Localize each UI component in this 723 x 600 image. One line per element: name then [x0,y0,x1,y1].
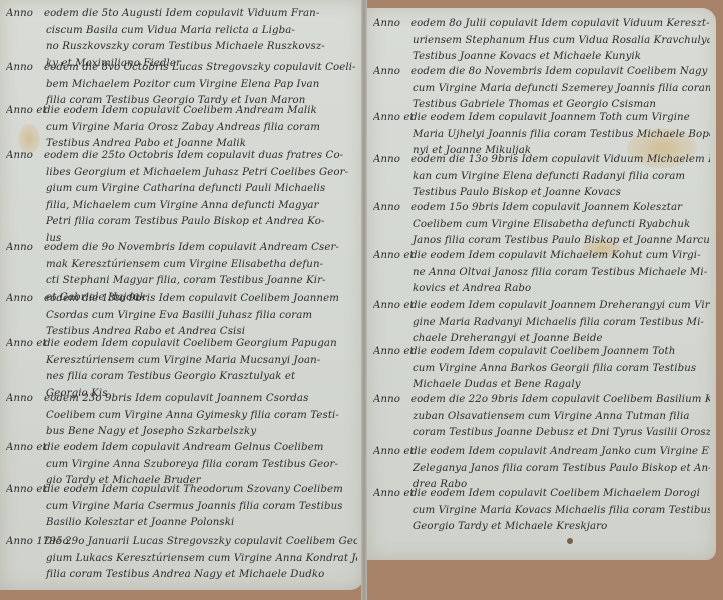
entry-line: Anno etdie eodem Idem copulavit Coelibem… [6,336,357,353]
entry-line: mak Keresztúriensem cum Virgine Elisabet… [6,257,357,274]
register-entry: Annoeodem 8o Julii copulavit Idem copula… [373,16,710,66]
register-entry: Annoeodem die 25to Octobris Idem copulav… [6,148,357,247]
entry-year-label: Anno et [373,248,411,265]
register-entry: Anno etdie eodem Idem copulavit Coelibem… [373,344,710,394]
right-page: Annoeodem 8o Julii copulavit Idem copula… [366,8,716,560]
entry-text: zuban Olsavatiensem cum Virgine Anna Tut… [413,411,690,422]
entry-line: Keresztúriensem cum Virgine Maria Mucsan… [6,353,357,370]
entry-line: uriensem Stephanum Hus cum Vidua Rosalia… [373,33,710,50]
entry-text: die eodem Idem copulavit Andream Janko c… [411,446,710,457]
entry-year-label: Anno et [373,298,411,315]
entry-text: die eodem Idem copulavit Coelibem Georgi… [44,338,337,349]
entry-line: Anno etdie eodem Idem copulavit Andream … [6,440,357,457]
entry-line: Coelibem cum Virgine Anna Gyimesky filia… [6,408,357,425]
entry-year-label: Anno [6,391,44,408]
entry-line: Anno etdie eodem Idem copulavit Coelibem… [373,344,710,361]
entry-text: bus Bene Nagy et Josepho Szkarbelszky [46,426,256,437]
entry-text: Janos filia coram Testibus Paulo Biskop … [413,235,710,246]
entry-line: Anno 1795oDie 29o Januarii Lucas Stregov… [6,534,357,551]
left-page-entries: Annoeodem die 5to Augusti Idem copulavit… [0,0,363,590]
entry-text: no Ruszkovszky coram Testibus Michaele R… [46,41,325,52]
entry-year-label: Anno et [6,336,44,353]
entry-line: Annoeodem die 25to Octobris Idem copulav… [6,148,357,165]
entry-line: Anno etdie eodem Idem copulavit Theodoru… [6,482,357,499]
entry-text: filia, Michaelem cum Virgine Anna defunc… [46,200,319,211]
entry-text: eodem 8o Julii copulavit Idem copulavit … [411,18,710,29]
entry-line: filia coram Testibus Andrea Nagy et Mich… [6,567,357,584]
entry-text: cum Virgine Maria defuncti Szemerey Joan… [413,83,710,94]
entry-year-label: Anno [373,16,411,33]
entry-text: Csordas cum Virgine Eva Basilii Juhasz f… [46,310,312,321]
entry-line: cum Virgine Maria Csermus Joannis filia … [6,499,357,516]
entry-text: Testibus Joanne Kovacs et Michaele Kunyi… [413,51,641,62]
right-page-entries: Annoeodem 8o Julii copulavit Idem copula… [367,8,716,560]
entry-text: bem Michaelem Pozitor cum Virgine Elena … [46,79,319,90]
entry-text: Die 29o Januarii Lucas Stregovszky copul… [44,536,357,547]
entry-text: Coelibem cum Virgine Elisabetha defuncti… [413,219,690,230]
entry-text: die eodem Idem copulavit Coelibem Michae… [411,488,700,499]
entry-line: Annoeodem die 13to 9bris Idem copulavit … [6,291,357,308]
entry-year-label: Anno [6,60,44,77]
entry-text: Petri filia coram Testibus Paulo Biskop … [46,216,325,227]
register-entry: Anno 1795oDie 29o Januarii Lucas Stregov… [6,534,357,584]
entry-line: ne Anna Oltvai Janosz filia coram Testib… [373,265,710,282]
register-entry: Annoeodem 15o 9bris Idem copulavit Joann… [373,200,710,250]
entry-line: Anno etdie eodem Idem copulavit Joannem … [373,298,710,315]
entry-line: gium cum Virgine Catharina defuncti Paul… [6,181,357,198]
register-entry: Annoeodem die 8o Novembris Idem copulavi… [373,64,710,114]
entry-text: libes Georgium et Michaelem Juhasz Petri… [46,167,348,178]
entry-text: die eodem Idem copulavit Coelibem Andrea… [44,105,317,116]
entry-line: cum Virgine Maria defuncti Szemerey Joan… [373,81,710,98]
entry-text: coram Testibus Joanne Debusz et Dni Tyru… [413,427,710,438]
entry-line: Zeleganya Janos filia coram Testibus Pau… [373,461,710,478]
entry-text: die eodem Idem copulavit Coelibem Joanne… [411,346,675,357]
register-entry: Anno etdie eodem Idem copulavit Joannem … [373,298,710,348]
register-entry: Anno etdie eodem Idem copulavit Coelibem… [6,103,357,153]
entry-year-label: Anno et [373,444,411,461]
entry-line: bem Michaelem Pozitor cum Virgine Elena … [6,77,357,94]
entry-line: Annoeodem 23o 9bris Idem copulavit Joann… [6,391,357,408]
entry-line: Annoeodem die 22o 9bris Idem copulavit C… [373,392,710,409]
entry-text: Georgio Tardy et Michaele Kreskjaro [413,521,607,532]
left-page: Annoeodem die 5to Augusti Idem copulavit… [0,0,364,590]
entry-year-label: Anno [6,148,44,165]
entry-line: Coelibem cum Virgine Elisabetha defuncti… [373,217,710,234]
entry-line: kan cum Virgine Elena defuncti Radanyi f… [373,169,710,186]
entry-line: kovics et Andrea Rabo [373,281,710,298]
entry-text: cum Virgine Anna Szuboreya filia coram T… [46,459,338,470]
entry-text: gium Lukacs Keresztúriensem cum Virgine … [46,553,357,564]
entry-year-label: Anno et [373,110,411,127]
entry-line: Annoeodem die 5to Augusti Idem copulavit… [6,6,357,23]
entry-line: libes Georgium et Michaelem Juhasz Petri… [6,165,357,182]
entry-line: filia, Michaelem cum Virgine Anna defunc… [6,198,357,215]
entry-line: Anno etdie eodem Idem copulavit Coelibem… [6,103,357,120]
entry-year-label: Anno et [6,103,44,120]
entry-line: Annoeodem die 13o 9bris Idem copulavit V… [373,152,710,169]
entry-text: eodem die 13to 9bris Idem copulavit Coel… [44,293,339,304]
entry-year-label: Anno et [373,486,411,503]
register-entry: Annoeodem die 13o 9bris Idem copulavit V… [373,152,710,202]
entry-year-label: Anno et [373,344,411,361]
register-entry: Annoeodem die 22o 9bris Idem copulavit C… [373,392,710,442]
entry-text: Testibus Paulo Biskop et Joanne Kovacs [413,187,621,198]
entry-line: no Ruszkovszky coram Testibus Michaele R… [6,39,357,56]
entry-line: Annoeodem die 9o Novembris Idem copulavi… [6,240,357,257]
entry-text: cti Stephani Magyar filia, coram Testibu… [46,275,326,286]
entry-text: Michaele Dudas et Bene Ragaly [413,379,581,390]
entry-text: uriensem Stephanum Hus cum Vidua Rosalia… [413,35,710,46]
entry-year-label: Anno [6,291,44,308]
entry-line: cum Virgine Anna Barkos Georgii filia co… [373,361,710,378]
entry-text: die eodem Idem copulavit Andream Gelnus … [44,442,324,453]
entry-line: Georgio Tardy et Michaele Kreskjaro [373,519,710,536]
entry-text: filia coram Testibus Andrea Nagy et Mich… [46,569,324,580]
entry-text: eodem die 9o Novembris Idem copulavit An… [44,242,339,253]
entry-line: coram Testibus Joanne Debusz et Dni Tyru… [373,425,710,442]
entry-text: eodem die 5to Augusti Idem copulavit Vid… [44,8,319,19]
entry-text: die eodem Idem copulavit Joannem Drehera… [411,300,710,311]
entry-year-label: Anno et [6,440,44,457]
register-entry: Anno etdie eodem Idem copulavit Michaele… [373,248,710,298]
entry-text: ciscum Basila cum Vidua Maria relicta a … [46,25,295,36]
entry-line: Anno etdie eodem Idem copulavit Coelibem… [373,486,710,503]
entry-text: eodem die 22o 9bris Idem copulavit Coeli… [411,394,710,405]
entry-text: eodem die 8o Novembris Idem copulavit Co… [411,66,710,77]
entry-line: bus Bene Nagy et Josepho Szkarbelszky [6,424,357,441]
entry-text: die eodem Idem copulavit Michaelem Kohut… [411,250,701,261]
open-register-book: Annoeodem die 5to Augusti Idem copulavit… [0,0,723,600]
entry-line: Maria Ujhelyi Joannis filia coram Testib… [373,127,710,144]
entry-text: cum Virgine Maria Kovacs Michaelis filia… [413,505,710,516]
entry-text: Coelibem cum Virgine Anna Gyimesky filia… [46,410,339,421]
entry-text: eodem die 13o 9bris Idem copulavit Viduu… [411,154,710,165]
entry-text: Keresztúriensem cum Virgine Maria Mucsan… [46,355,320,366]
entry-text: Zeleganya Janos filia coram Testibus Pau… [413,463,710,474]
entry-text: eodem die 8vo Octobris Lucas Stregovszky… [44,62,356,73]
register-entry: Anno etdie eodem Idem copulavit Theodoru… [6,482,357,532]
register-entry: Anno etdie eodem Idem copulavit Coelibem… [373,486,710,536]
entry-line: Annoeodem 8o Julii copulavit Idem copula… [373,16,710,33]
entry-line: ciscum Basila cum Vidua Maria relicta a … [6,23,357,40]
entry-line: zuban Olsavatiensem cum Virgine Anna Tut… [373,409,710,426]
entry-line: Annoeodem die 8o Novembris Idem copulavi… [373,64,710,81]
entry-year-label: Anno [373,152,411,169]
entry-text: nes filia coram Testibus Georgio Krasztu… [46,371,295,382]
entry-line: cum Virgine Maria Orosz Zabay Andreas fi… [6,120,357,137]
entry-text: Maria Ujhelyi Joannis filia coram Testib… [413,129,710,140]
entry-line: Annoeodem 15o 9bris Idem copulavit Joann… [373,200,710,217]
register-entry: Annoeodem die 13to 9bris Idem copulavit … [6,291,357,341]
entry-year-label: Anno 1795o [6,534,44,551]
entry-text: Testibus Gabriele Thomas et Georgio Csis… [413,99,656,110]
entry-text: chaele Dreherangyi et Joanne Beide [413,333,603,344]
entry-line: Annoeodem die 8vo Octobris Lucas Stregov… [6,60,357,77]
entry-text: eodem 15o 9bris Idem copulavit Joannem K… [411,202,682,213]
entry-line: gine Maria Radvanyi Michaelis filia cora… [373,315,710,332]
entry-line: gium Lukacs Keresztúriensem cum Virgine … [6,551,357,568]
entry-line: cum Virgine Anna Szuboreya filia coram T… [6,457,357,474]
entry-year-label: Anno et [6,482,44,499]
entry-year-label: Anno [6,6,44,23]
entry-line: Anno etdie eodem Idem copulavit Michaele… [373,248,710,265]
entry-text: mak Keresztúriensem cum Virgine Elisabet… [46,259,323,270]
entry-text: eodem die 25to Octobris Idem copulavit d… [44,150,343,161]
entry-text: cum Virgine Maria Csermus Joannis filia … [46,501,343,512]
entry-year-label: Anno [373,64,411,81]
entry-line: Csordas cum Virgine Eva Basilii Juhasz f… [6,308,357,325]
entry-line: cti Stephani Magyar filia, coram Testibu… [6,273,357,290]
entry-text: kovics et Andrea Rabo [413,283,531,294]
entry-line: cum Virgine Maria Kovacs Michaelis filia… [373,503,710,520]
entry-text: ne Anna Oltvai Janosz filia coram Testib… [413,267,707,278]
entry-year-label: Anno [373,200,411,217]
entry-line: Basilio Kolesztar et Joanne Polonski [6,515,357,532]
entry-text: die eodem Idem copulavit Joannem Toth cu… [411,112,690,123]
entry-year-label: Anno [6,240,44,257]
entry-text: gine Maria Radvanyi Michaelis filia cora… [413,317,704,328]
entry-line: Petri filia coram Testibus Paulo Biskop … [6,214,357,231]
entry-line: Anno etdie eodem Idem copulavit Joannem … [373,110,710,127]
entry-text: cum Virgine Anna Barkos Georgii filia co… [413,363,696,374]
entry-text: kan cum Virgine Elena defuncti Radanyi f… [413,171,685,182]
entry-year-label: Anno [373,392,411,409]
entry-text: cum Virgine Maria Orosz Zabay Andreas fi… [46,122,320,133]
entry-text: eodem 23o 9bris Idem copulavit Joannem C… [44,393,308,404]
entry-text: gium cum Virgine Catharina defuncti Paul… [46,183,325,194]
entry-text: die eodem Idem copulavit Theodorum Szova… [44,484,343,495]
entry-text: Basilio Kolesztar et Joanne Polonski [46,517,234,528]
entry-line: nes filia coram Testibus Georgio Krasztu… [6,369,357,386]
entry-line: Anno etdie eodem Idem copulavit Andream … [373,444,710,461]
register-entry: Annoeodem 23o 9bris Idem copulavit Joann… [6,391,357,441]
